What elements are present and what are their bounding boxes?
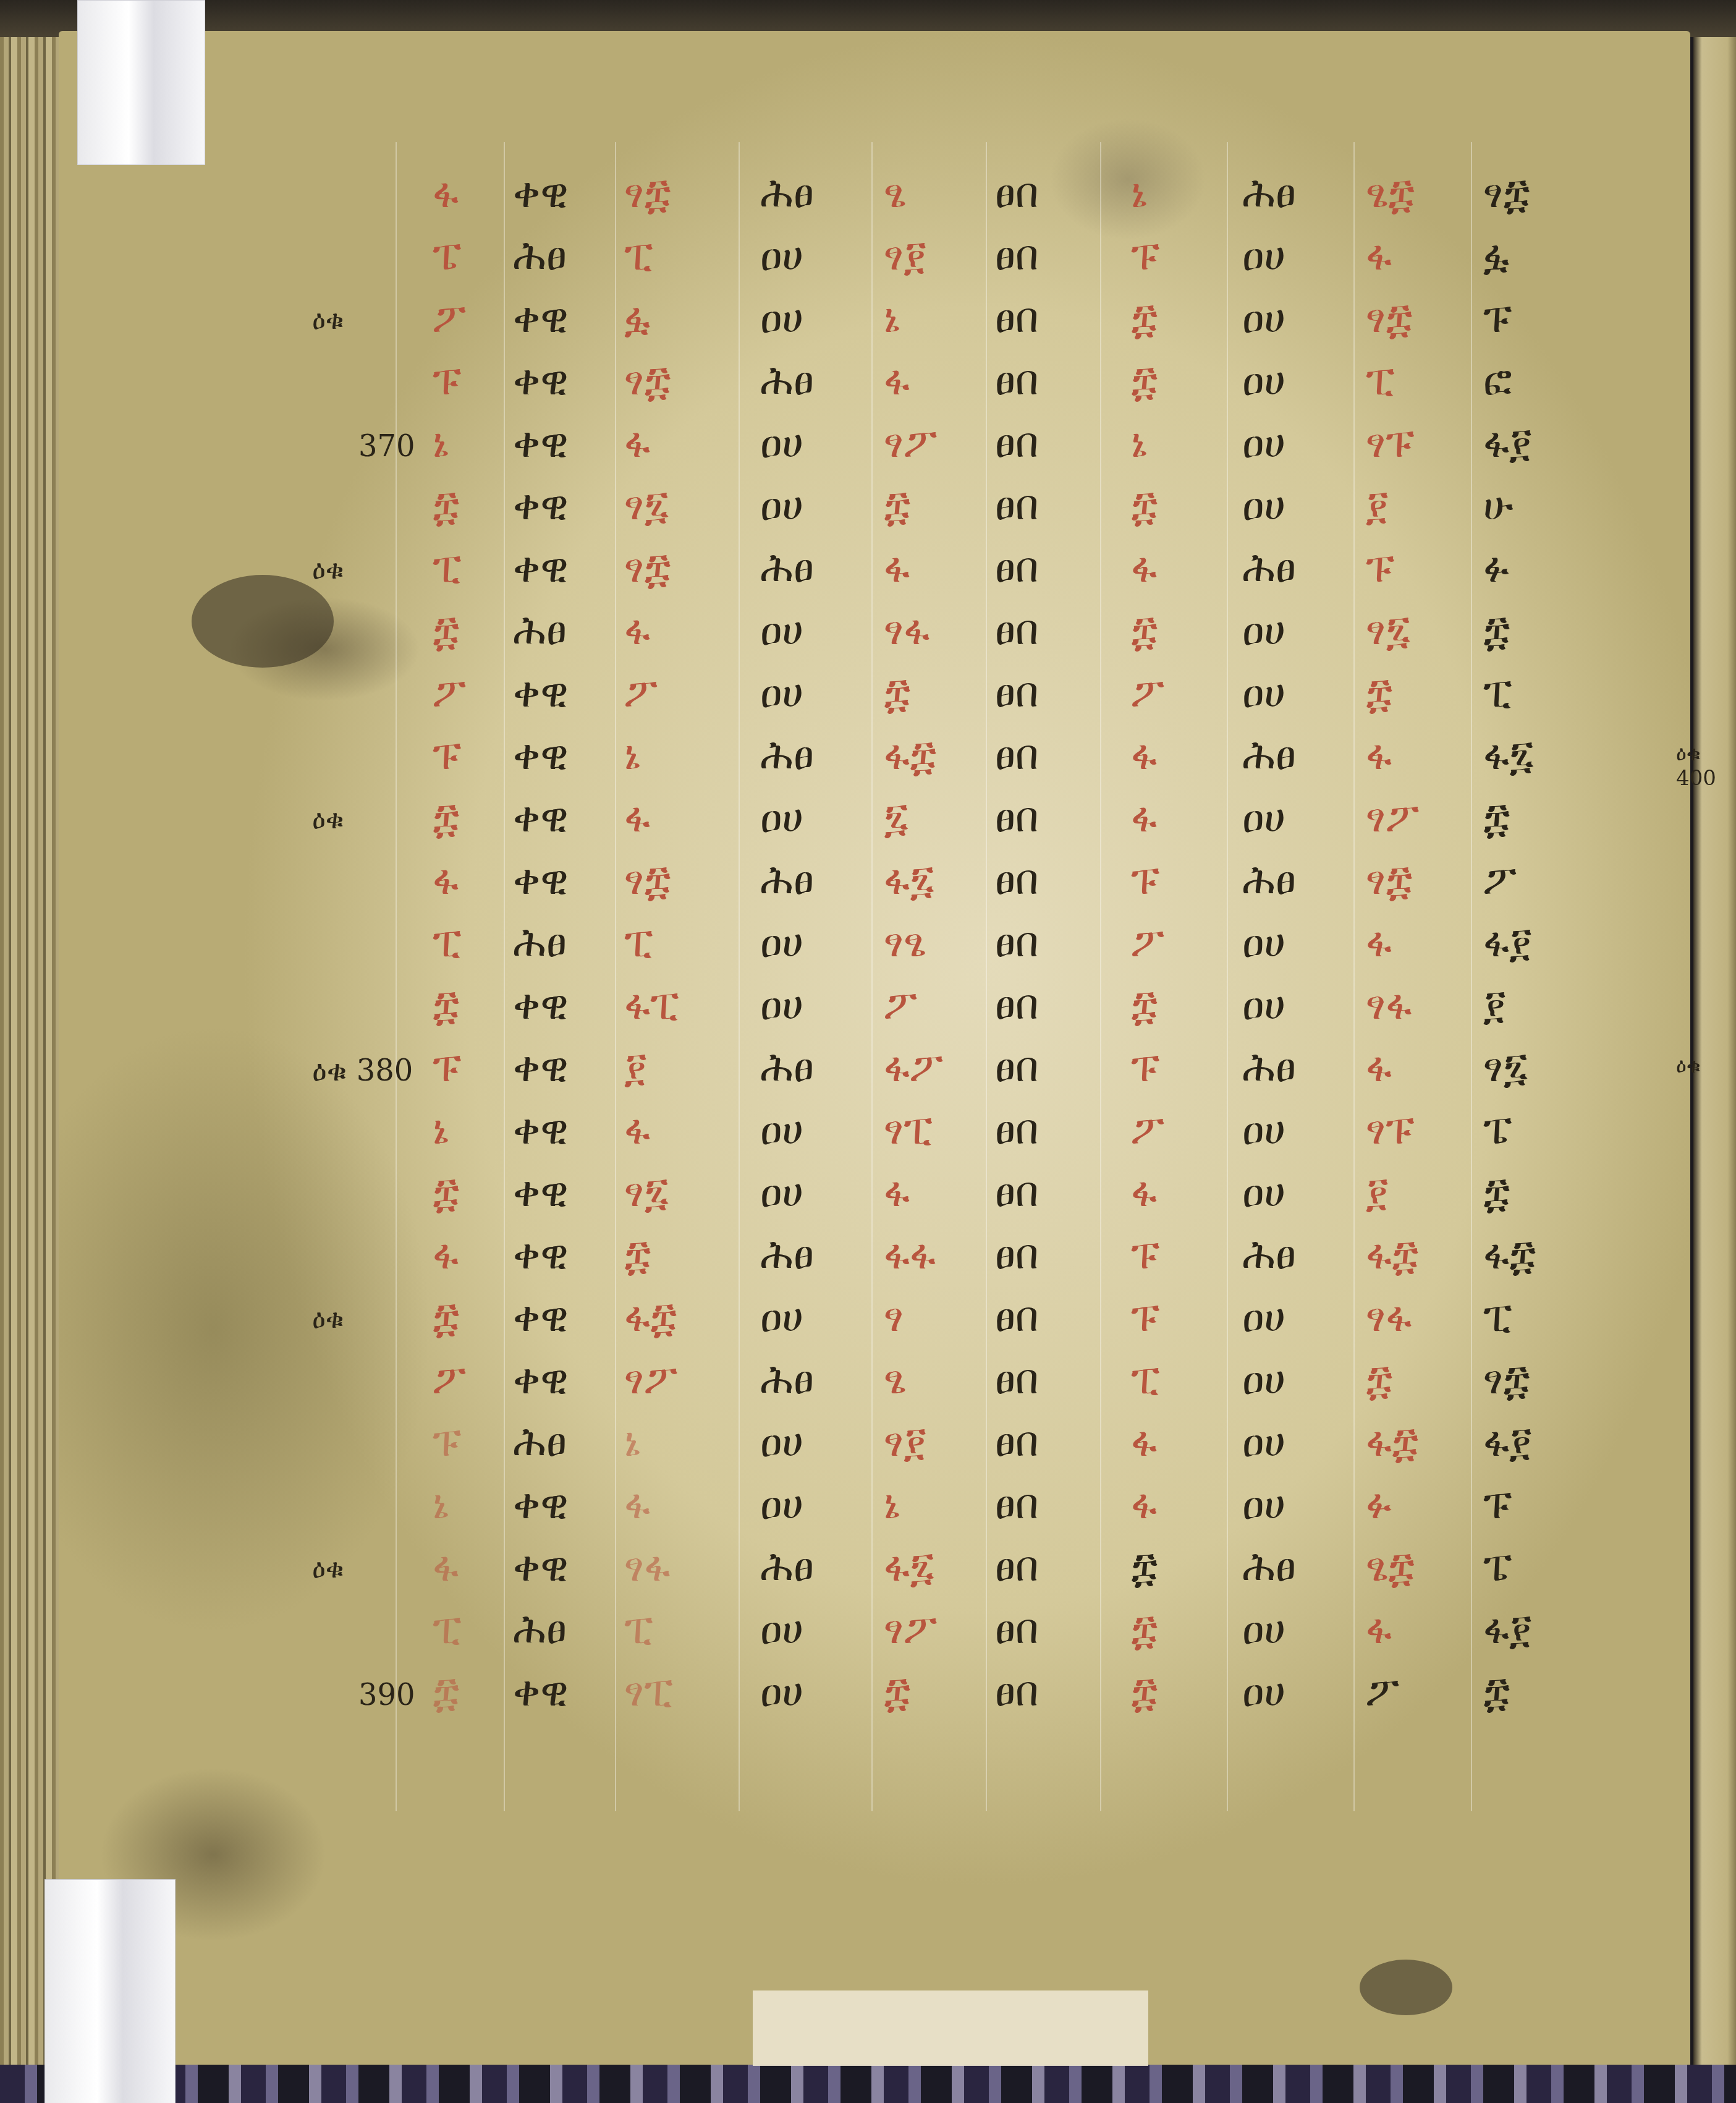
rubric-numeral: ኔ [624,1422,640,1463]
table-label: ዐሀ [1242,485,1285,526]
table-row: ፰ቀዊፋፒዐሀፖፀበ፰ዐሀፃፋ፻ [0,985,1736,1047]
rubric-numeral: ፃ፯ [1366,610,1410,651]
rubric-numeral: ፒ [624,1609,653,1650]
rubric-numeral: ፋ፯ [884,1547,934,1587]
table-label: ዐሀ [760,1172,803,1213]
table-row: ፒቀዊፃ፰ሕፀፋፀበፋሕፀፑፉ [0,548,1736,610]
ink-stain [1360,1960,1452,2015]
table-label: ዐሀ [1242,610,1285,651]
table-label: ሕፀ [760,548,814,588]
rubric-numeral: ፋፋ [884,1234,936,1275]
table-label: ዐሀ [760,1297,803,1338]
rubric-numeral: ፃ፯ [624,485,669,526]
rubric-numeral: ፋ [1131,1484,1157,1525]
rubric-numeral: ፖ [1131,1110,1164,1150]
rubric-numeral: ፃፒ [884,1110,933,1150]
rubric-numeral: ፄ፰ [1366,1547,1415,1587]
rubric-numeral: ፃፋ [1366,985,1412,1026]
rubric-numeral: ፃፄ [884,922,926,963]
rubric-numeral: ፰ [433,485,459,526]
table-label: ቀዊ [513,797,569,838]
rubric-numeral: ፃ፻ [884,1422,926,1463]
table-row: ፑሕፀኔዐሀፃ፻ፀበፋዐሀፋ፰ፋ፻ [0,1422,1736,1484]
table-label: ፀበ [995,298,1039,339]
rubric-numeral: ፃ፰ [1366,298,1412,339]
rubric-numeral: ፰ [433,1672,459,1712]
rubric-numeral: ፑ [433,1047,461,1088]
table-row: ኔቀዊፋዐሀፃፖፀበኔዐሀፃፑፋ፻ [0,423,1736,485]
table-label: ቀዊ [513,985,569,1026]
table-row: ፋቀዊፃፋሕፀፋ፯ፀበ፰ሕፀፄ፰ፔ [0,1547,1736,1608]
table-label: ሕፀ [760,1547,814,1587]
table-label: ዐሀ [1242,360,1285,401]
rubric-numeral: ፰ [884,673,910,713]
table-label: ፋ፯ [1483,735,1534,776]
table-label: ሕፀ [1242,548,1296,588]
table-row: ፰ቀዊፋዐሀ፯ፀበፋዐሀፃፖ፰ [0,797,1736,859]
table-label: ፖ [1366,1672,1399,1712]
rubric-numeral: ፄ [884,1359,906,1400]
table-label: ፀበ [995,423,1039,464]
rubric-numeral: ፋ፰ [624,1297,677,1338]
rubric-numeral: ፑ [1131,1234,1159,1275]
table-label: ሕፀ [1242,1047,1296,1088]
table-label: ፀበ [995,1234,1039,1275]
rubric-numeral: ፋ፰ [1366,1234,1418,1275]
table-label: ፀበ [995,1047,1039,1088]
table-label: ዐሀ [760,1484,803,1525]
rubric-numeral: ፰ [1131,298,1158,339]
rubric-numeral: ፰ [624,1234,651,1275]
rubric-numeral: ፰ [1131,1672,1158,1712]
table-label: ሕፀ [1242,735,1296,776]
rubric-numeral: ፃ [884,1297,904,1338]
table-label: ፀበ [995,1422,1039,1463]
table-label: ፰ [1483,1672,1510,1712]
rubric-numeral: ኔ [433,423,449,464]
table-label: ፋ፻ [1483,423,1532,464]
table-label: ፰ [1483,797,1510,838]
table-label: ፀበ [995,236,1039,276]
table-label: ቀዊ [513,548,569,588]
table-label: ዐሀ [760,1422,803,1463]
table-label: ዐሀ [1242,1297,1285,1338]
rubric-numeral: ፋ፰ [884,735,936,776]
table-label: ፰ [1483,610,1510,651]
rubric-numeral: ፃፖ [1366,797,1419,838]
rubric-numeral: ኔ [884,1484,900,1525]
table-row: ፰ሕፀፋዐሀፃፋፀበ፰ዐሀፃ፯፰ [0,610,1736,672]
rubric-numeral: ፰ [884,485,910,526]
rubric-numeral: ፰ [1131,485,1158,526]
rubric-numeral: ፖ [433,673,466,713]
rubric-numeral: ፯ [884,797,908,838]
table-label: ዐሀ [1242,1172,1285,1213]
rubric-numeral: ፋ [1366,236,1392,276]
table-label: ፉ [1483,548,1509,588]
table-label: ዐሀ [760,610,803,651]
table-label: ፀበ [995,922,1039,963]
rubric-numeral: ፑ [433,735,461,776]
rubric-numeral: ፋ [884,360,910,401]
rubric-numeral: ፃፖ [624,1359,677,1400]
table-row: ፑቀዊኔሕፀፋ፰ፀበፋሕፀፋፋ፯ [0,735,1736,797]
rubric-numeral: ፄ [884,173,906,214]
rubric-numeral: ኔ [433,1110,449,1150]
table-label: ቀዊ [513,1359,569,1400]
table-label: ሕፀ [1242,173,1296,214]
table-label: ሕፀ [760,860,814,901]
table-label: ፃ፯ [1483,1047,1528,1088]
rubric-numeral: ኔ [1131,423,1147,464]
rubric-numeral: ፃ፰ [1366,860,1412,901]
rubric-numeral: ፃፋ [1366,1297,1412,1338]
table-label: ቀዊ [513,1047,569,1088]
table-label: ፑ [1483,1484,1512,1525]
table-label: ዐሀ [1242,1672,1285,1712]
rubric-numeral: ፒ [1366,360,1394,401]
table-label: ዐሀ [760,1672,803,1712]
table-label: ዐሀ [1242,423,1285,464]
table-label: ቀዊ [513,860,569,901]
rubric-numeral: ፖ [884,985,917,1026]
rubric-numeral: ፰ [1131,1609,1158,1650]
table-label: ቀዊ [513,360,569,401]
table-label: ዐሀ [760,298,803,339]
table-label: ፀበ [995,485,1039,526]
page-clip-top [77,0,205,165]
margin-note-left: ዕቁ 380 [312,1053,413,1089]
table-row: ፑቀዊ፻ሕፀፋፖፀበፑሕፀፋፃ፯ [0,1047,1736,1109]
table-label: ፀበ [995,548,1039,588]
table-label: ፀበ [995,610,1039,651]
table-label: ቀዊ [513,1172,569,1213]
rubric-numeral: ፒ [624,922,653,963]
table-row: ኔቀዊፋዐሀኔፀበፋዐሀፉፑ [0,1484,1736,1546]
table-label: ቀዊ [513,423,569,464]
table-label: ቀዊ [513,1672,569,1712]
table-label: ፀበ [995,360,1039,401]
table-label: ሕፀ [1242,860,1296,901]
margin-note-left: 370 [358,429,415,464]
table-label: ሕፀ [760,735,814,776]
table-label: ፖ [1483,860,1517,901]
rubric-numeral: ፋ [1131,735,1157,776]
table-label: ቀዊ [513,298,569,339]
rubric-numeral: ፰ [433,1172,459,1213]
rubric-numeral: ኔ [884,298,900,339]
rubric-numeral: ፋ [624,1484,650,1525]
table-label: ፀበ [995,673,1039,713]
rubric-numeral: ፃፑ [1366,423,1415,464]
rubric-numeral: ፑ [1131,860,1159,901]
rubric-numeral: ፋ [1366,1047,1392,1088]
table-label: ሕፀ [760,1047,814,1088]
table-row: ፋቀዊ፰ሕፀፋፋፀበፑሕፀፋ፰ፋ፰ [0,1234,1736,1296]
rubric-numeral: ፻ [1366,485,1389,526]
rubric-numeral: ፔ [433,236,461,276]
table-label: ፀበ [995,1609,1039,1650]
table-row: ፰ቀዊፋ፰ዐሀፃፀበፑዐሀፃፋፒ [0,1297,1736,1359]
rubric-numeral: ፑ [1131,1047,1159,1088]
table-label: ፀበ [995,860,1039,901]
table-label: ሁ [1483,485,1514,526]
table-label: ዐሀ [1242,922,1285,963]
rubric-numeral: ፄ፰ [1366,173,1415,214]
table-label: ዐሀ [1242,1110,1285,1150]
table-label: ሕፀ [513,236,567,276]
rubric-numeral: ፋ [433,1234,459,1275]
table-row: ፰ቀዊፃ፯ዐሀፋፀበፋዐሀ፻፰ [0,1172,1736,1234]
table-label: ቀዊ [513,1484,569,1525]
rubric-numeral: ፑ [1131,1297,1159,1338]
rubric-numeral: ፰ [1366,673,1392,713]
rubric-numeral: ፒ [433,548,461,588]
table-label: ፒ [1483,673,1512,713]
table-label: ቀዊ [513,1110,569,1150]
rubric-numeral: ፃ፻ [884,236,926,276]
rubric-numeral: ፋ [433,1547,459,1587]
table-row: ፑቀዊፃ፰ሕፀፋፀበ፰ዐሀፒፎ [0,360,1736,422]
table-label: ሕፀ [760,1359,814,1400]
rubric-numeral: ፒ [433,922,461,963]
rubric-numeral: ፃፋ [624,1547,670,1587]
table-row: ፒሕፀፒዐሀፃፄፀበፖዐሀፋፋ፻ [0,922,1736,984]
table-label: ሕፀ [513,1609,567,1650]
rubric-numeral: ፑ [1366,548,1394,588]
table-label: ቀዊ [513,1547,569,1587]
table-label: ዐሀ [1242,797,1285,838]
table-row: ፋቀዊፃ፰ሕፀፄፀበኔሕፀፄ፰ፃ፰ [0,173,1736,235]
rubric-numeral: ፰ [1131,360,1158,401]
rubric-numeral: ፋ [1366,922,1392,963]
table-label: ሕፀ [760,360,814,401]
rubric-numeral: ፃ፰ [624,360,671,401]
table-label: ፀበ [995,985,1039,1026]
table-label: ፀበ [995,1547,1039,1587]
page-clip-bottom [44,1879,176,2103]
margin-note-right: ዕቁ [1676,1053,1701,1078]
rubric-numeral: ፋ፯ [884,860,934,901]
table-label: ዐሀ [760,485,803,526]
table-row: ፖቀዊፃፖሕፀፄፀበፒዐሀ፰ፃ፰ [0,1359,1736,1421]
rubric-numeral: ፃ፰ [624,548,671,588]
table-label: ዐሀ [1242,1359,1285,1400]
table-label: ዐሀ [1242,673,1285,713]
table-label: ቀዊ [513,485,569,526]
rubric-numeral: ፖ [624,673,658,713]
table-label: ሕፀ [760,173,814,214]
table-label: ፀበ [995,797,1039,838]
table-row: ፋቀዊፃ፰ሕፀፋ፯ፀበፑሕፀፃ፰ፖ [0,860,1736,922]
rubric-numeral: ፋ [884,548,910,588]
rubric-numeral: ኔ [624,735,640,776]
table-label: ዐሀ [1242,1422,1285,1463]
table-label: ዐሀ [1242,298,1285,339]
table-label: ፏ [1483,236,1509,276]
table-label: ፰ [1483,1172,1510,1213]
rubric-numeral: ፋ [1131,797,1157,838]
rubric-numeral: ፃ፰ [624,860,671,901]
rubric-numeral: ፋ [624,610,650,651]
table-label: ዐሀ [760,236,803,276]
rubric-numeral: ፋ [624,797,650,838]
table-label: ሕፀ [513,1422,567,1463]
table-label: ዐሀ [1242,1484,1285,1525]
rubric-numeral: ኔ [1131,173,1147,214]
table-label: ሕፀ [1242,1234,1296,1275]
margin-note-left: ዕቁ [312,1553,344,1584]
rubric-numeral: ፃፋ [884,610,929,651]
rubric-numeral: ፒ [433,1609,461,1650]
table-row: ፒሕፀፒዐሀፃፖፀበ፰ዐሀፋፋ፻ [0,1609,1736,1671]
rubric-numeral: ፋ [884,1172,910,1213]
table-label: ዐሀ [760,985,803,1026]
rubric-numeral: ፋፖ [884,1047,943,1088]
margin-note-left: ዕቁ [312,304,344,336]
rubric-numeral: ፑ [1131,236,1159,276]
rubric-numeral: ፋ [433,173,459,214]
table-row: ኔቀዊፋዐሀፃፒፀበፖዐሀፃፑፔ [0,1110,1736,1171]
table-row: ፖቀዊፖዐሀ፰ፀበፖዐሀ፰ፒ [0,673,1736,734]
rubric-numeral: ፻ [1366,1172,1389,1213]
table-label: ፔ [1483,1547,1512,1587]
table-label: ፋ፻ [1483,1422,1532,1463]
rubric-numeral: ፃፖ [884,1609,937,1650]
table-label: ቀዊ [513,1234,569,1275]
table-label: ቀዊ [513,735,569,776]
table-row: ፰ቀዊፃፒዐሀ፰ፀበ፰ዐሀፖ፰ [0,1672,1736,1733]
rubric-numeral: ፋ፰ [1366,1422,1418,1463]
rubric-numeral: ፖ [433,1359,466,1400]
table-label: ፋ፻ [1483,922,1532,963]
table-label: ፀበ [995,1672,1039,1712]
table-label: ዐሀ [760,797,803,838]
table-label: ቀዊ [513,1297,569,1338]
rubric-numeral: ፃ፯ [624,1172,669,1213]
rubric-numeral: ፉ [1366,1484,1392,1525]
table-label: ሕፀ [1242,1547,1296,1587]
table-row: ፔሕፀፒዐሀፃ፻ፀበፑዐሀፋፏ [0,236,1736,297]
table-label: ፃ፰ [1483,1359,1530,1400]
rubric-numeral: ፑ [433,360,461,401]
rubric-numeral: ፰ [1131,610,1158,651]
rubric-numeral: ፰ [433,797,459,838]
rubric-numeral: ፋ [624,1110,650,1150]
table-label: ዐሀ [760,673,803,713]
rubric-numeral: ፖ [433,298,466,339]
table-row: ፖቀዊፏዐሀኔፀበ፰ዐሀፃ፰ፑ [0,298,1736,360]
textile-background-bottom [0,2065,1736,2103]
table-label: ፔ [1483,1110,1512,1150]
table-label: ፃ፰ [1483,173,1530,214]
table-label: ዐሀ [1242,236,1285,276]
rubric-numeral: ኔ [433,1484,449,1525]
table-label: ፀበ [995,1484,1039,1525]
table-label: ፋ፻ [1483,1609,1532,1650]
table-label: ፑ [1483,298,1512,339]
margin-note-left: ዕቁ [312,1303,344,1335]
rubric-numeral: ፋ [1366,1609,1392,1650]
paper-label-patch [753,1990,1148,2066]
rubric-numeral: ፃፖ [884,423,937,464]
table-label: ዐሀ [760,1110,803,1150]
table-label: ፀበ [995,1359,1039,1400]
rubric-numeral: ፋ [1131,548,1157,588]
rubric-numeral: ፋ [433,860,459,901]
table-label: ዐሀ [760,1609,803,1650]
table-label: ሕፀ [513,922,567,963]
rubric-numeral: ፰ [1366,1359,1392,1400]
table-label: ቀዊ [513,173,569,214]
rubric-numeral: ፑ [433,1422,461,1463]
table-label: ፀበ [995,173,1039,214]
table-label: ፀበ [995,735,1039,776]
table-label: ሕፀ [513,610,567,651]
table-label: ዐሀ [1242,985,1285,1026]
margin-note-left: ዕቁ [312,554,344,585]
table-label: ፀበ [995,1172,1039,1213]
table-label: ፰ [1131,1547,1158,1587]
rubric-numeral: ፋ [1366,735,1392,776]
table-label: ቀዊ [513,673,569,713]
table-label: ሕፀ [760,1234,814,1275]
rubric-numeral: ፰ [433,610,459,651]
table-label: ፻ [1483,985,1506,1026]
margin-note-right: ዕቁ 400 [1676,741,1736,791]
rubric-numeral: ፏ [624,298,650,339]
table-label: ዐሀ [760,423,803,464]
rubric-numeral: ፋ [1131,1172,1157,1213]
table-label: ፋ፰ [1483,1234,1536,1275]
table-label: ዐሀ [1242,1609,1285,1650]
table-label: ዐሀ [760,922,803,963]
rubric-numeral: ፰ [884,1672,910,1712]
rubric-numeral: ፃ፰ [624,173,671,214]
rubric-numeral: ፋ [624,423,650,464]
rubric-numeral: ፻ [624,1047,647,1088]
rubric-numeral: ፰ [433,985,459,1026]
rubric-numeral: ፰ [433,1297,459,1338]
margin-note-left: ዕቁ [312,804,344,835]
table-label: ፀበ [995,1110,1039,1150]
rubric-numeral: ፃፒ [624,1672,673,1712]
rubric-numeral: ፒ [624,236,653,276]
table-label: ፒ [1483,1297,1512,1338]
rubric-numeral: ፰ [1131,985,1158,1026]
table-label: ፎ [1483,360,1512,401]
rubric-numeral: ፖ [1131,673,1164,713]
table-row: ፰ቀዊፃ፯ዐሀ፰ፀበ፰ዐሀ፻ሁ [0,485,1736,547]
margin-note-left: 390 [358,1678,415,1712]
rubric-numeral: ፃፑ [1366,1110,1415,1150]
rubric-numeral: ፒ [1131,1359,1159,1400]
rubric-numeral: ፋ [1131,1422,1157,1463]
rubric-numeral: ፋፒ [624,985,679,1026]
table-label: ፀበ [995,1297,1039,1338]
rubric-numeral: ፖ [1131,922,1164,963]
